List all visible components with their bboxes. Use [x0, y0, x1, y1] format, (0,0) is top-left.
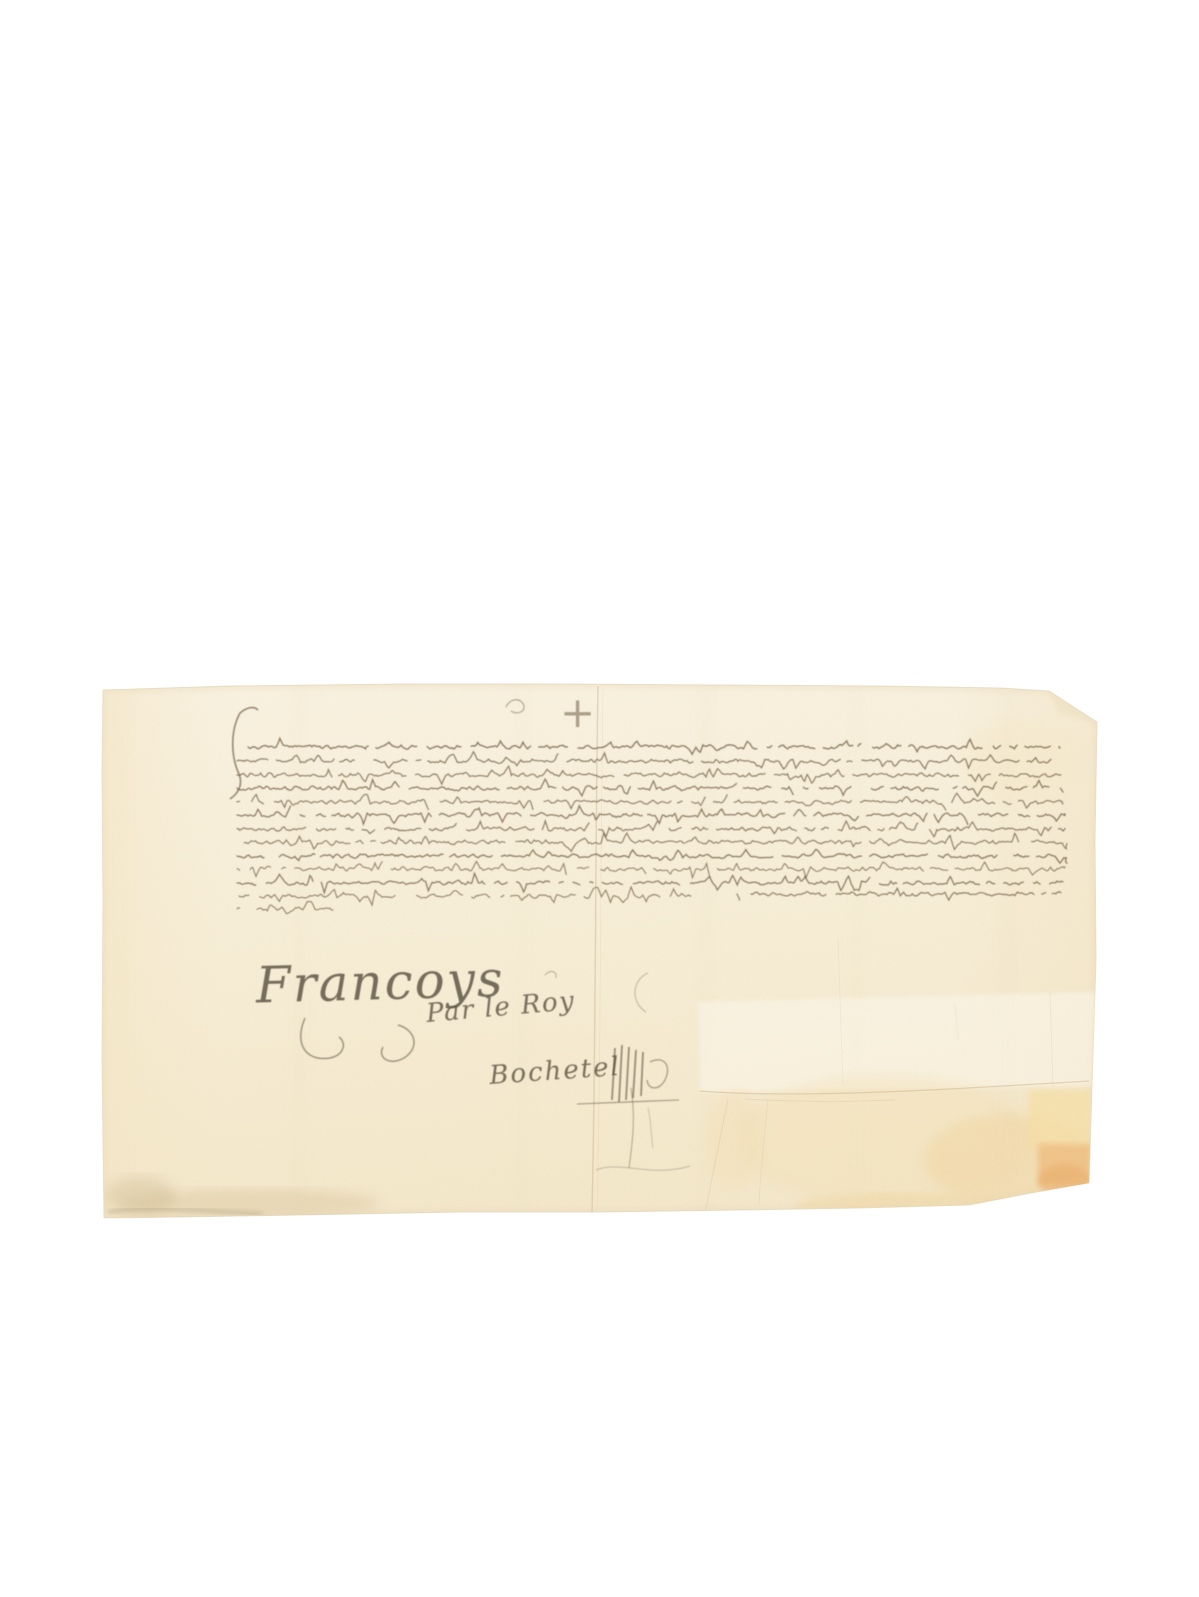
invocation-cross: + — [560, 688, 595, 737]
scan-page: + Francoys Par le Roy Bochetel — [0, 0, 1199, 1597]
parchment-photo: + Francoys Par le Roy Bochetel — [0, 0, 1199, 1597]
